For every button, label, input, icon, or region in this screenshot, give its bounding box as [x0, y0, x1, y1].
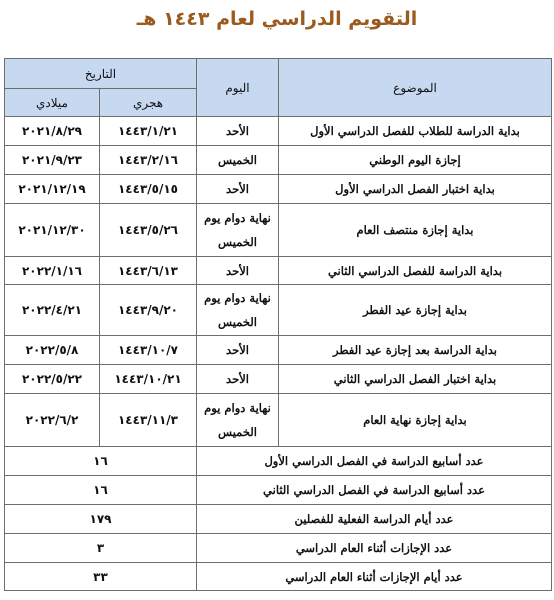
event-gregorian: ٢٠٢١/١٢/١٩ [5, 175, 100, 204]
summary-value: ١٦ [5, 447, 197, 476]
event-day: نهاية دوام يوم الخميس [197, 204, 279, 257]
event-gregorian: ٢٠٢١/١٢/٣٠ [5, 204, 100, 257]
summary-row: عدد أيام الإجازات أثناء العام الدراسي ٣٣ [5, 563, 552, 591]
summary-value: ٣٣ [5, 563, 197, 591]
event-gregorian: ٢٠٢٢/٤/٢١ [5, 285, 100, 336]
header-row: الموضوع اليوم التاريخ [5, 59, 552, 89]
subject-header: الموضوع [279, 59, 552, 117]
event-hijri: ١٤٤٣/٩/٢٠ [100, 285, 197, 336]
table-row: بداية الدراسة للطلاب للفصل الدراسي الأول… [5, 117, 552, 146]
event-hijri: ١٤٤٣/٥/١٥ [100, 175, 197, 204]
event-hijri: ١٤٤٣/٥/٢٦ [100, 204, 197, 257]
event-subject: بداية إجازة منتصف العام [279, 204, 552, 257]
summary-label: عدد أسابيع الدراسة في الفصل الدراسي الأو… [197, 447, 552, 476]
table-row: بداية إجازة عيد الفطر نهاية دوام يوم الخ… [5, 285, 552, 336]
event-hijri: ١٤٤٣/١/٢١ [100, 117, 197, 146]
event-subject: بداية الدراسة بعد إجازة عيد الفطر [279, 336, 552, 365]
event-subject: بداية الدراسة للطلاب للفصل الدراسي الأول [279, 117, 552, 146]
event-gregorian: ٢٠٢١/٨/٢٩ [5, 117, 100, 146]
summary-label: عدد أيام الإجازات أثناء العام الدراسي [197, 563, 552, 591]
event-day: الأحد [197, 336, 279, 365]
summary-label: عدد أيام الدراسة الفعلية للفصلين [197, 505, 552, 534]
event-day: الأحد [197, 257, 279, 285]
event-gregorian: ٢٠٢٢/١/١٦ [5, 257, 100, 285]
event-hijri: ١٤٤٣/١٠/٧ [100, 336, 197, 365]
summary-row: عدد أسابيع الدراسة في الفصل الدراسي الأو… [5, 447, 552, 476]
table-row: بداية الدراسة بعد إجازة عيد الفطر الأحد … [5, 336, 552, 365]
table-row: بداية إجازة نهاية العام نهاية دوام يوم ا… [5, 394, 552, 447]
event-gregorian: ٢٠٢١/٩/٢٣ [5, 146, 100, 175]
event-day: نهاية دوام يوم الخميس [197, 285, 279, 336]
page-title: التقويم الدراسي لعام ١٤٤٣ هـ [0, 8, 554, 30]
summary-row: عدد أسابيع الدراسة في الفصل الدراسي الثا… [5, 476, 552, 505]
summary-value: ١٧٩ [5, 505, 197, 534]
event-day: نهاية دوام يوم الخميس [197, 394, 279, 447]
event-subject: بداية اختبار الفصل الدراسي الأول [279, 175, 552, 204]
event-day: الأحد [197, 365, 279, 394]
date-header: التاريخ [5, 59, 197, 89]
event-day: الأحد [197, 117, 279, 146]
day-header: اليوم [197, 59, 279, 117]
table-row: بداية إجازة منتصف العام نهاية دوام يوم ا… [5, 204, 552, 257]
event-gregorian: ٢٠٢٢/٥/٨ [5, 336, 100, 365]
event-hijri: ١٤٤٣/٦/١٣ [100, 257, 197, 285]
summary-label: عدد الإجازات أثناء العام الدراسي [197, 534, 552, 563]
event-gregorian: ٢٠٢٢/٦/٢ [5, 394, 100, 447]
event-subject: بداية إجازة نهاية العام [279, 394, 552, 447]
summary-value: ١٦ [5, 476, 197, 505]
academic-calendar-table: الموضوع اليوم التاريخ هجري ميلادي بداية … [4, 58, 552, 591]
gregorian-header: ميلادي [5, 89, 100, 117]
event-hijri: ١٤٤٣/٢/١٦ [100, 146, 197, 175]
summary-row: عدد الإجازات أثناء العام الدراسي ٣ [5, 534, 552, 563]
table-row: بداية اختبار الفصل الدراسي الأول الأحد ١… [5, 175, 552, 204]
event-day: الأحد [197, 175, 279, 204]
table-row: بداية الدراسة للفصل الدراسي الثاني الأحد… [5, 257, 552, 285]
event-hijri: ١٤٤٣/١٠/٢١ [100, 365, 197, 394]
hijri-header: هجري [100, 89, 197, 117]
table-row: بداية اختبار الفصل الدراسي الثاني الأحد … [5, 365, 552, 394]
table-row: إجازة اليوم الوطني الخميس ١٤٤٣/٢/١٦ ٢٠٢١… [5, 146, 552, 175]
event-hijri: ١٤٤٣/١١/٣ [100, 394, 197, 447]
event-subject: بداية اختبار الفصل الدراسي الثاني [279, 365, 552, 394]
event-subject: بداية الدراسة للفصل الدراسي الثاني [279, 257, 552, 285]
event-subject: إجازة اليوم الوطني [279, 146, 552, 175]
summary-value: ٣ [5, 534, 197, 563]
event-gregorian: ٢٠٢٢/٥/٢٢ [5, 365, 100, 394]
event-day: الخميس [197, 146, 279, 175]
event-subject: بداية إجازة عيد الفطر [279, 285, 552, 336]
summary-row: عدد أيام الدراسة الفعلية للفصلين ١٧٩ [5, 505, 552, 534]
summary-label: عدد أسابيع الدراسة في الفصل الدراسي الثا… [197, 476, 552, 505]
